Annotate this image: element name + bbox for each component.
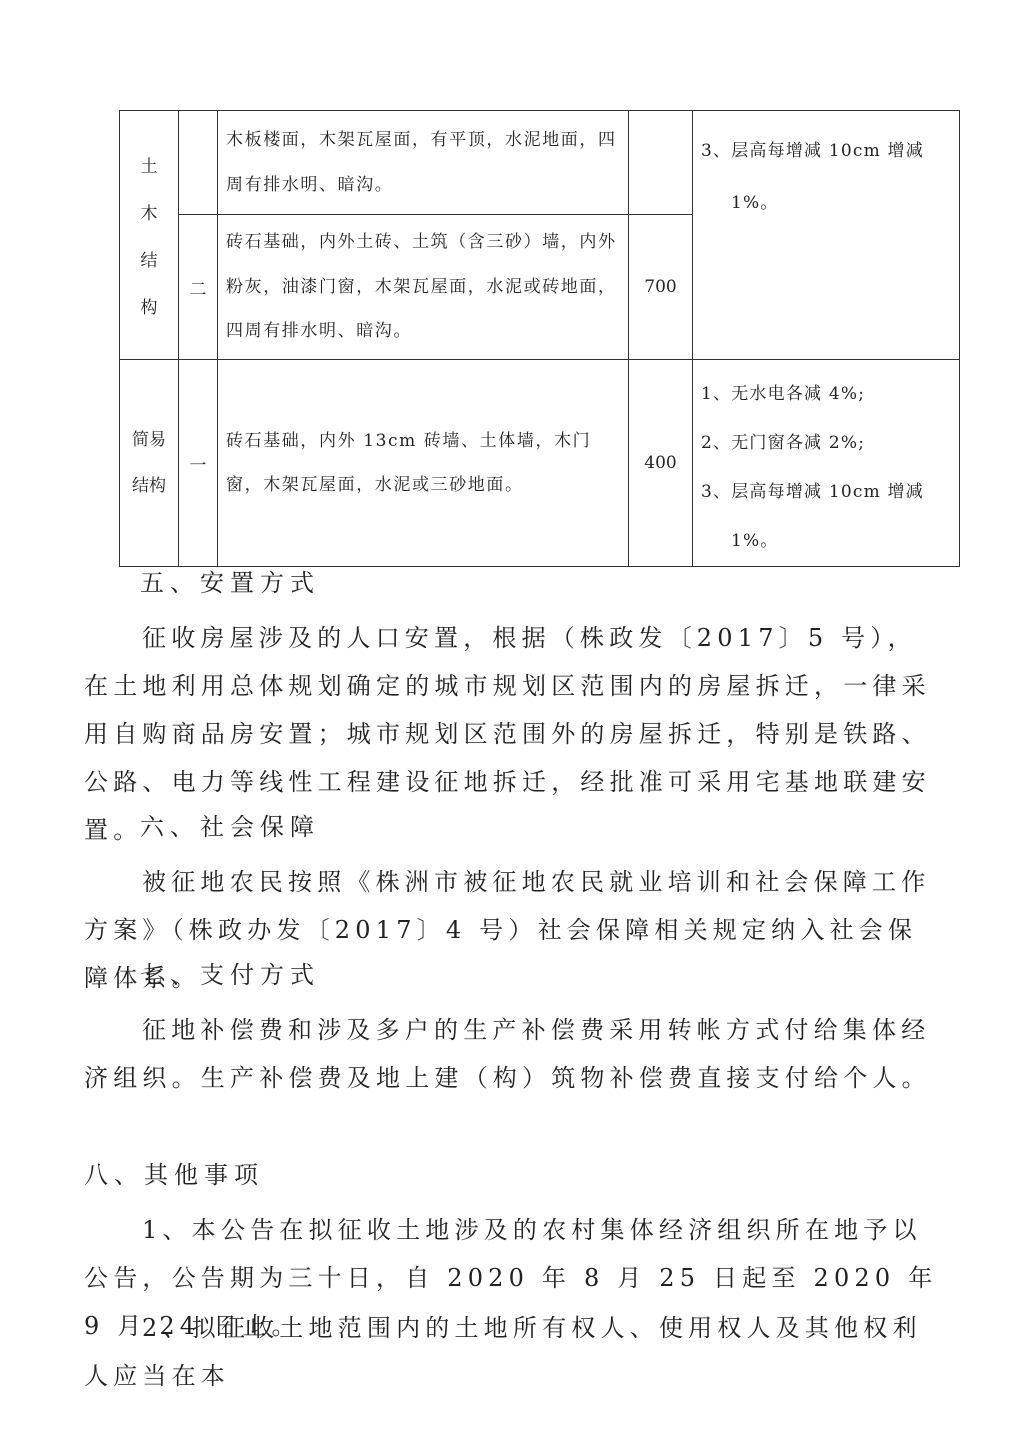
notes-cell: 1、无水电各减 4%; 2、无门窗各减 2%; 3、层高每增减 10cm 增减 … [693,360,960,567]
grade-label: 二 [190,280,207,300]
structure-type-line: 结构 [120,463,178,509]
note-line: 1%。 [701,177,959,229]
description-cell: 砖石基础，内外土砖、土筑（含三砂）墙，内外粉灰，油漆门窗，木架瓦屋面，水泥或砖地… [218,215,629,360]
structure-type-char: 土 [141,152,158,177]
note-line: 3、层高每增减 10cm 增减 [701,125,959,177]
grade-cell: 二 [179,215,218,360]
grade-cell: 一 [179,360,218,567]
table-row: 简易 结构 一 砖石基础，内外 13cm 砖墙、土体墙，木门窗，木架瓦屋面，水泥… [120,360,960,567]
note-line: 1、无水电各减 4%; [701,370,959,419]
description-cell: 砖石基础，内外 13cm 砖墙、土体墙，木门窗，木架瓦屋面，水泥或三砂地面。 [218,360,629,567]
structure-type-char: 构 [141,293,158,318]
notes-cell: 3、层高每增减 10cm 增减 1%。 [693,111,960,360]
section-body-payment: 征地补偿费和涉及多户的生产补偿费采用转帐方式付给集体经济组织。生产补偿费及地上建… [84,1006,944,1102]
section-heading-resettlement: 五、安置方式 [140,568,320,598]
structure-type-line: 简易 [120,417,178,463]
section-heading-social-security: 六、社会保障 [140,812,320,842]
price-cell [629,111,693,215]
section-item-2: 2、拟征收土地范围内的土地所有权人、使用权人及其他权利人应当在本 [84,1304,944,1400]
table-row: 土 木 结 构 木板楼面，木架瓦屋面，有平顶，水泥地面，四周有排水明、暗沟。 3… [120,111,960,215]
structure-type-cell: 简易 结构 [120,360,179,567]
compensation-standard-table: 土 木 结 构 木板楼面，木架瓦屋面，有平顶，水泥地面，四周有排水明、暗沟。 3… [119,110,960,567]
note-line: 2、无门窗各减 2%; [701,419,959,468]
grade-cell [179,111,218,215]
section-heading-other-matters: 八、其他事项 [84,1160,264,1190]
price-cell: 700 [629,215,693,360]
note-line: 1%。 [701,517,959,566]
price-cell: 400 [629,360,693,567]
description-cell: 木板楼面，木架瓦屋面，有平顶，水泥地面，四周有排水明、暗沟。 [218,111,629,215]
section-heading-payment: 七、支付方式 [140,960,320,990]
note-line: 3、层高每增减 10cm 增减 [701,468,959,517]
structure-type-char: 木 [141,199,158,224]
document-page: 土 木 结 构 木板楼面，木架瓦屋面，有平顶，水泥地面，四周有排水明、暗沟。 3… [0,0,1024,1455]
structure-type-char: 结 [141,246,158,271]
structure-type-cell: 土 木 结 构 [120,111,179,360]
